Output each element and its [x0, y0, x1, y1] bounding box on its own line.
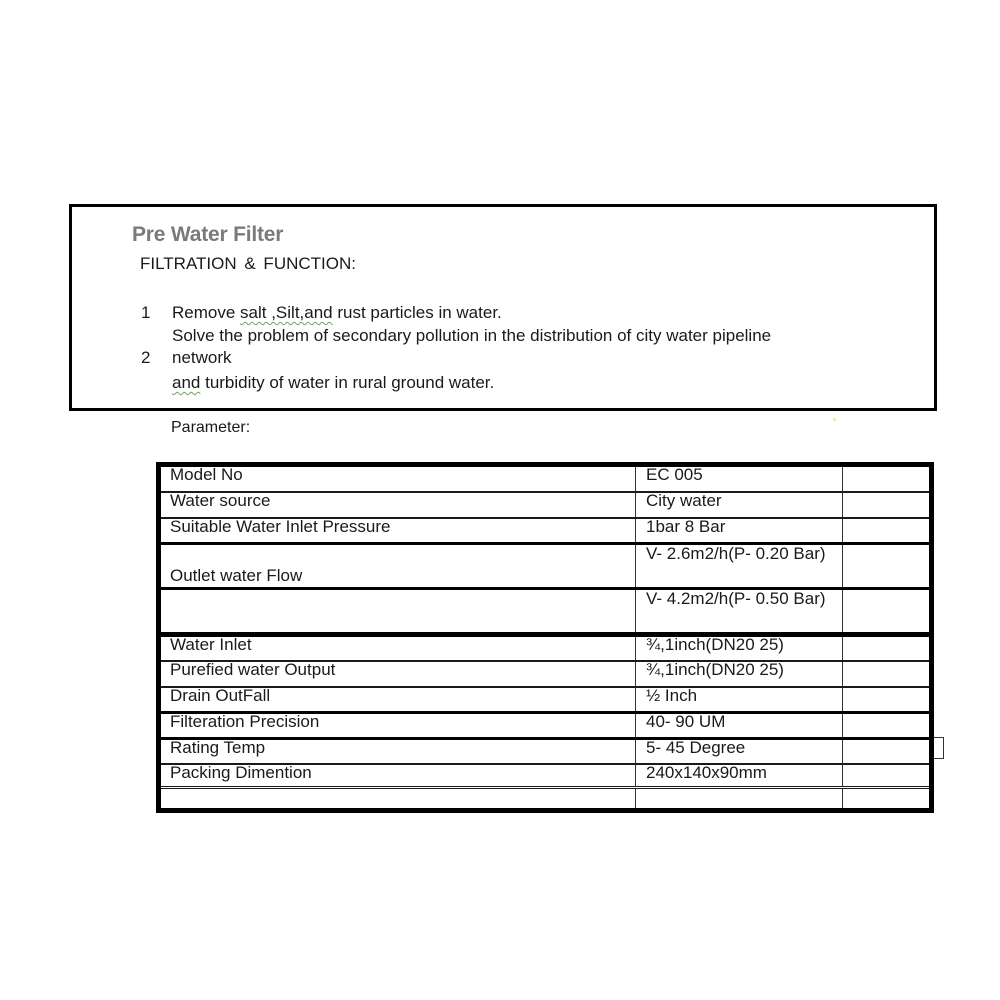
- parameters-table: Model No EC 005 Water source City water …: [156, 462, 934, 813]
- function-item-2-line-3: and turbidity of water in rural ground w…: [172, 373, 494, 393]
- stray-cell-border: [934, 737, 944, 759]
- param-value: ¾,1inch(DN20 25): [636, 637, 843, 660]
- function-item-2-line-1: Solve the problem of secondary pollution…: [172, 326, 771, 346]
- param-name: [161, 590, 636, 632]
- table-row: Rating Temp 5- 45 Degree: [161, 740, 929, 765]
- param-extra: [843, 637, 929, 660]
- param-name: Rating Temp: [161, 740, 636, 763]
- function-text: turbidity of water in rural ground water…: [200, 373, 494, 392]
- function-text: Remove: [172, 303, 240, 322]
- param-extra: [843, 714, 929, 737]
- param-value: [636, 789, 843, 808]
- function-item-2-line-2: network: [172, 348, 232, 368]
- param-name: Packing Dimention: [161, 765, 636, 786]
- table-row: [161, 789, 929, 808]
- table-row: Outlet water Flow V- 2.6m2/h(P- 0.20 Bar…: [161, 545, 929, 590]
- param-extra: [843, 688, 929, 711]
- table-row: V- 4.2m2/h(P- 0.50 Bar): [161, 590, 929, 637]
- table-row: Packing Dimention 240x140x90mm: [161, 765, 929, 789]
- function-number: 1: [141, 303, 150, 323]
- function-number: 2: [141, 348, 150, 368]
- param-value: 240x140x90mm: [636, 765, 843, 786]
- param-extra: [843, 519, 929, 542]
- param-extra: [843, 765, 929, 786]
- param-extra: [843, 545, 929, 587]
- param-name: Model No: [161, 467, 636, 491]
- function-text: rust particles in water.: [333, 303, 502, 322]
- spellcheck-underlined-text: and: [172, 373, 200, 392]
- parameter-label: Parameter:: [171, 419, 250, 437]
- param-name: Purefied water Output: [161, 662, 636, 686]
- filtration-function-box: Pre Water Filter FILTRATION & FUNCTION: …: [69, 204, 937, 411]
- table-row: Drain OutFall ½ Inch: [161, 688, 929, 714]
- table-row: Purefied water Output ¾,1inch(DN20 25): [161, 662, 929, 688]
- product-title: Pre Water Filter: [132, 223, 283, 247]
- param-extra: [843, 789, 929, 808]
- param-value: City water: [636, 493, 843, 517]
- param-value: 5- 45 Degree: [636, 740, 843, 763]
- param-extra: [843, 467, 929, 491]
- stray-dot: [833, 418, 836, 421]
- param-name: Suitable Water Inlet Pressure: [161, 519, 636, 542]
- param-name: Filteration Precision: [161, 714, 636, 737]
- param-name: Outlet water Flow: [161, 545, 636, 587]
- param-name: Drain OutFall: [161, 688, 636, 711]
- table-row: Water Inlet ¾,1inch(DN20 25): [161, 637, 929, 662]
- param-value: V- 4.2m2/h(P- 0.50 Bar): [636, 590, 843, 632]
- param-name: [161, 789, 636, 808]
- table-row: Model No EC 005: [161, 467, 929, 493]
- param-name: Water Inlet: [161, 637, 636, 660]
- table-row: Suitable Water Inlet Pressure 1bar 8 Bar: [161, 519, 929, 545]
- param-value: EC 005: [636, 467, 843, 491]
- param-extra: [843, 493, 929, 517]
- spellcheck-underlined-text: salt ,Silt,and: [240, 303, 333, 322]
- param-value: 40- 90 UM: [636, 714, 843, 737]
- param-value: 1bar 8 Bar: [636, 519, 843, 542]
- param-name: Water source: [161, 493, 636, 517]
- param-extra: [843, 590, 929, 632]
- param-value: ¾,1inch(DN20 25): [636, 662, 843, 686]
- table-row: Filteration Precision 40- 90 UM: [161, 714, 929, 740]
- param-extra: [843, 662, 929, 686]
- param-value: V- 2.6m2/h(P- 0.20 Bar): [636, 545, 843, 587]
- param-extra: [843, 740, 929, 763]
- table-row: Water source City water: [161, 493, 929, 519]
- function-item-1: Remove salt ,Silt,and rust particles in …: [172, 303, 502, 323]
- param-value: ½ Inch: [636, 688, 843, 711]
- section-heading: FILTRATION & FUNCTION:: [140, 254, 356, 274]
